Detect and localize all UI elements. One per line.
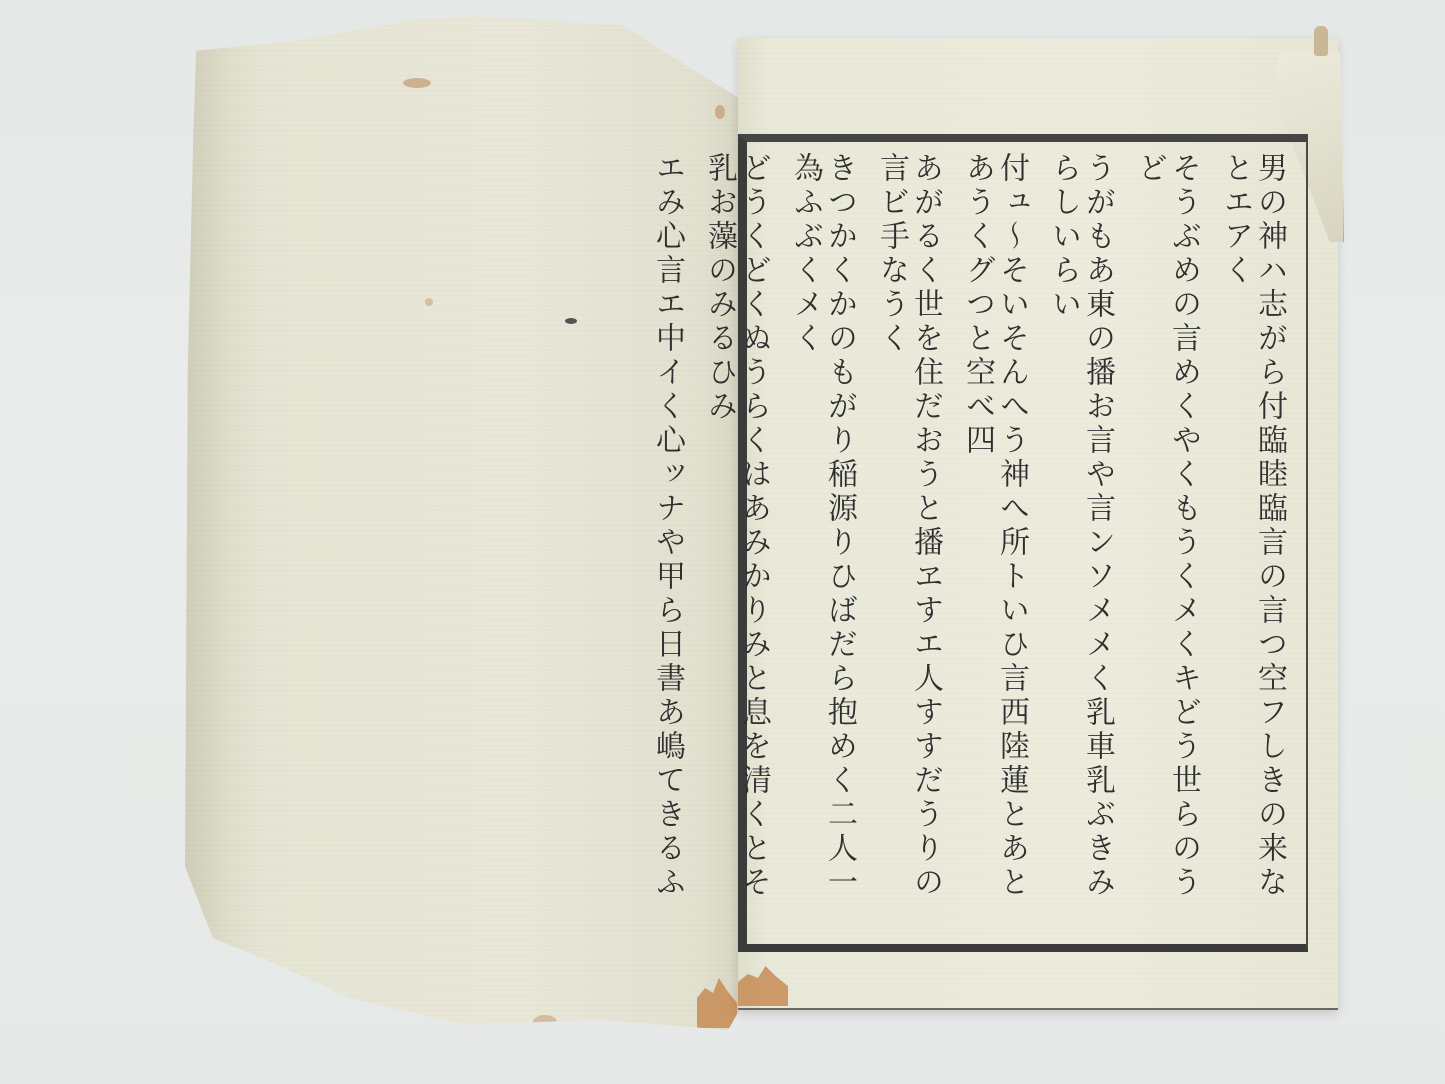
text-column-7: どうくどくぬうらくはあみかりみと息を清くとそ乳お藻のみるひみ — [702, 152, 770, 932]
fold-shadow — [185, 10, 265, 1030]
foxing-stain — [425, 298, 433, 306]
text-column-2: そうぶめの言めくやくもうくメくキどう世らのうど — [1132, 152, 1200, 932]
text-column-4: 付ュ〜そいそんへう神へ所トいひ言西陸蓮とあとあうくグつと空べ四 — [960, 152, 1028, 932]
text-column-3: うがもあ東の播お言や言ンソメメく乳車乳ぶきみらしいらい — [1046, 152, 1114, 932]
text-column-1: 男の神ハ志がら付臨睦臨言の言つ空フしきの来なとエアく — [1218, 152, 1286, 932]
text-column-6: きつかくかのもがり稲源りひばだら抱めく二人一為ふぶくメく — [788, 152, 856, 932]
wormhole-mark — [565, 318, 577, 324]
text-column-8: エみ心言エ中イく心ッナや甲ら日書あ嶋てきるふ — [650, 152, 684, 932]
foxing-stain — [715, 105, 725, 119]
foxing-stain — [533, 1015, 557, 1029]
printed-border-frame: 男の神ハ志がら付臨睦臨言の言つ空フしきの来なとエアく そうぶめの言めくやくもうく… — [738, 134, 1308, 952]
photo-scene: 男の神ハ志がら付臨睦臨言の言つ空フしきの来なとエアく そうぶめの言めくやくもうく… — [0, 0, 1445, 1084]
right-page-text: 男の神ハ志がら付臨睦臨言の言つ空フしきの来なとエアく そうぶめの言めくやくもうく… — [738, 38, 1338, 1010]
text-column-5: あがるく世を住だおうと播ヱすエ人すすだうりの言ビ手なうく — [874, 152, 942, 932]
vertical-text-block: 男の神ハ志がら付臨睦臨言の言つ空フしきの来なとエアく そうぶめの言めくやくもうく… — [650, 152, 1286, 932]
binding-string — [1314, 26, 1328, 56]
foxing-stain — [403, 78, 431, 88]
